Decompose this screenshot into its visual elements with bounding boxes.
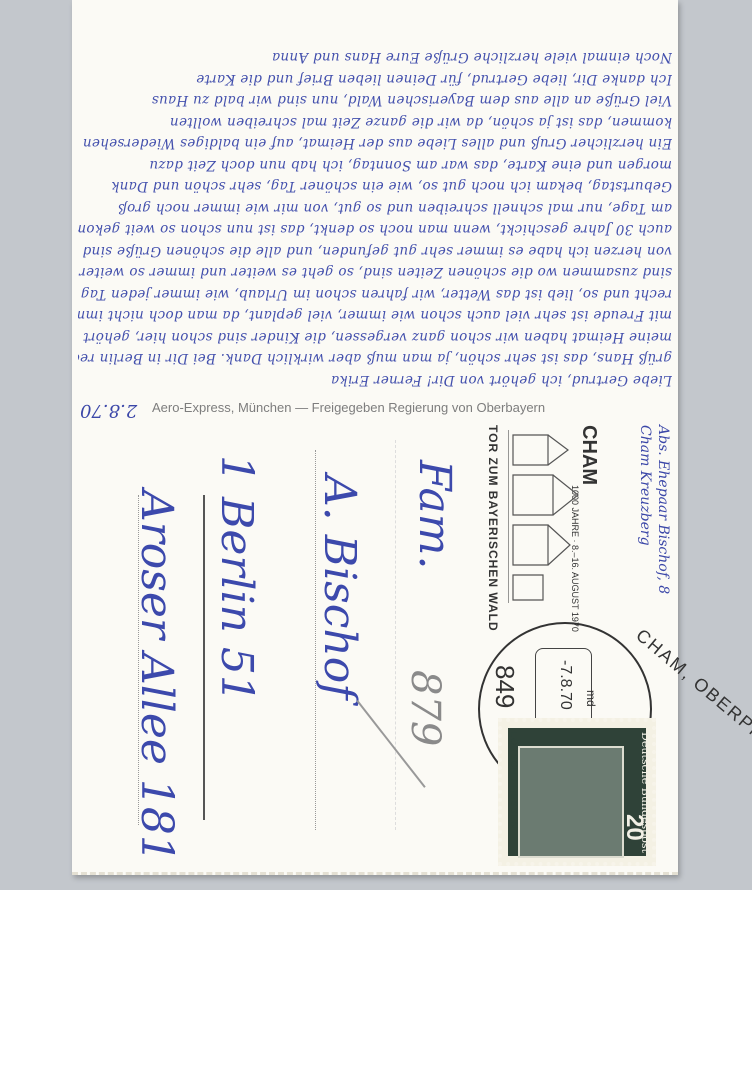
cancellation-date: -7.8.70	[556, 660, 574, 710]
message-line: Noch einmal viele herzliche Grüße Eure H…	[78, 46, 672, 68]
address-line-3: 1 Berlin 51	[211, 455, 262, 703]
message-line: Ich danke Dir, liebe Gertrud, für Deinen…	[78, 68, 672, 90]
message-line: von herzen ich habe es immer sehr gut ge…	[78, 240, 672, 262]
address-line-2: A. Bischof	[314, 475, 365, 700]
postage-stamp: Deutsche Bundespost 20 LORSCH / HESSEN	[498, 718, 656, 866]
message-line: auch 30 Jahre geschickt, wenn man noch s…	[78, 218, 672, 240]
card-divider	[395, 440, 396, 830]
cancellation-code: md	[584, 690, 598, 707]
message-line: morgen und eine Karte, das war am Sonnta…	[78, 154, 672, 176]
ad-postmark: TOR ZUM BAYERISCHEN WALD CHAM 1000 JAHRE…	[470, 425, 590, 605]
message-line: sind zusammen wo die schönen Zeiten sind…	[78, 261, 672, 283]
cancellation-postcode: 849	[489, 665, 520, 708]
printed-caption: Aero-Express, München — Freigegeben Regi…	[152, 400, 545, 415]
address-line-4: Aroser Allee 181	[131, 490, 182, 863]
stamp-motif: LORSCH / HESSEN	[509, 732, 519, 829]
message-line: mit Freude ist sehr viel auch schon wie …	[78, 304, 672, 326]
stamp-value: 20	[620, 814, 648, 841]
message-line: Ein herzlicher Gruß und alles Liebe aus …	[78, 132, 672, 154]
handwritten-message: Liebe Gertrud, ich gehört von Dir! Ferne…	[78, 6, 672, 390]
message-line: recht und so, lieb ist das Wetter, wir f…	[78, 283, 672, 305]
lorsch-gatehouse-icon	[518, 746, 624, 858]
pencil-note: 879	[402, 670, 448, 746]
message-line: am Tage, nur mal schnell schreiben und s…	[78, 197, 672, 219]
message-line: Geburtstag, bekam ich noch gut so, wie e…	[78, 175, 672, 197]
address-underline	[203, 495, 205, 820]
message-line: Viel Grüße an alle aus dem Bayerischen W…	[78, 89, 672, 111]
message-line: grüß Hans, das ist sehr schön, ja man mu…	[78, 347, 672, 369]
sender-note: Abs. Ehepaar Bischof, 8 Cham Kreuzberg	[636, 425, 672, 625]
address-line-1: Fam.	[409, 460, 460, 569]
message-line: meine Heimat haben wir schon ganz verges…	[78, 326, 672, 348]
message-line: kommen, das ist ja schön, da wir die gan…	[78, 111, 672, 133]
message-line: Liebe Gertrud, ich gehört von Dir! Ferne…	[78, 369, 672, 391]
date-note: 2.8.70	[80, 400, 137, 421]
town-skyline-icon	[508, 425, 588, 605]
postmark-slogan: TOR ZUM BAYERISCHEN WALD	[486, 425, 500, 632]
